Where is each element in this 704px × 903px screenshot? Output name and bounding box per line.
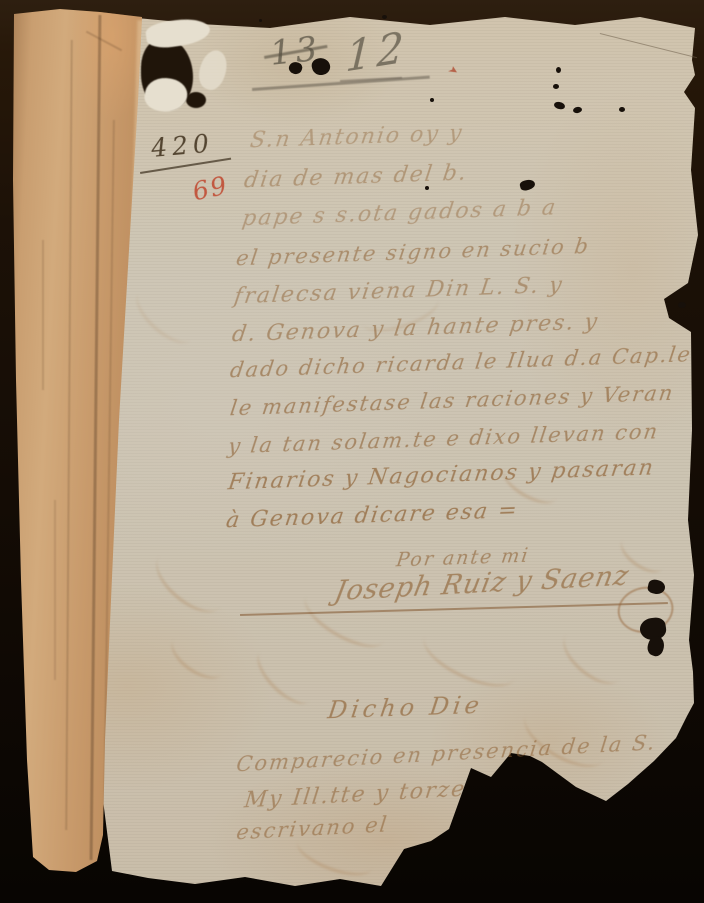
ink-speck	[259, 19, 262, 22]
ink-speck	[430, 98, 434, 102]
ink-speck	[425, 186, 429, 190]
paper-hole	[186, 92, 206, 108]
ink-speck	[553, 84, 559, 89]
spine-corner-fold	[86, 31, 122, 52]
folio-number: 12	[344, 22, 409, 82]
archive-number: 420	[150, 129, 215, 163]
spine-crease	[90, 15, 102, 860]
ink-speck	[556, 67, 561, 73]
spine-crease	[65, 40, 73, 830]
ink-speck	[382, 15, 387, 19]
spine-crease	[54, 500, 56, 680]
section-heading: Dicho Die	[326, 691, 485, 725]
ink-speck	[678, 302, 686, 308]
ink-speck	[619, 107, 625, 112]
spine-crease	[42, 240, 44, 390]
manuscript-photo: 13 12 420 69 S.n Antonio oy y dia de mas…	[0, 0, 704, 903]
